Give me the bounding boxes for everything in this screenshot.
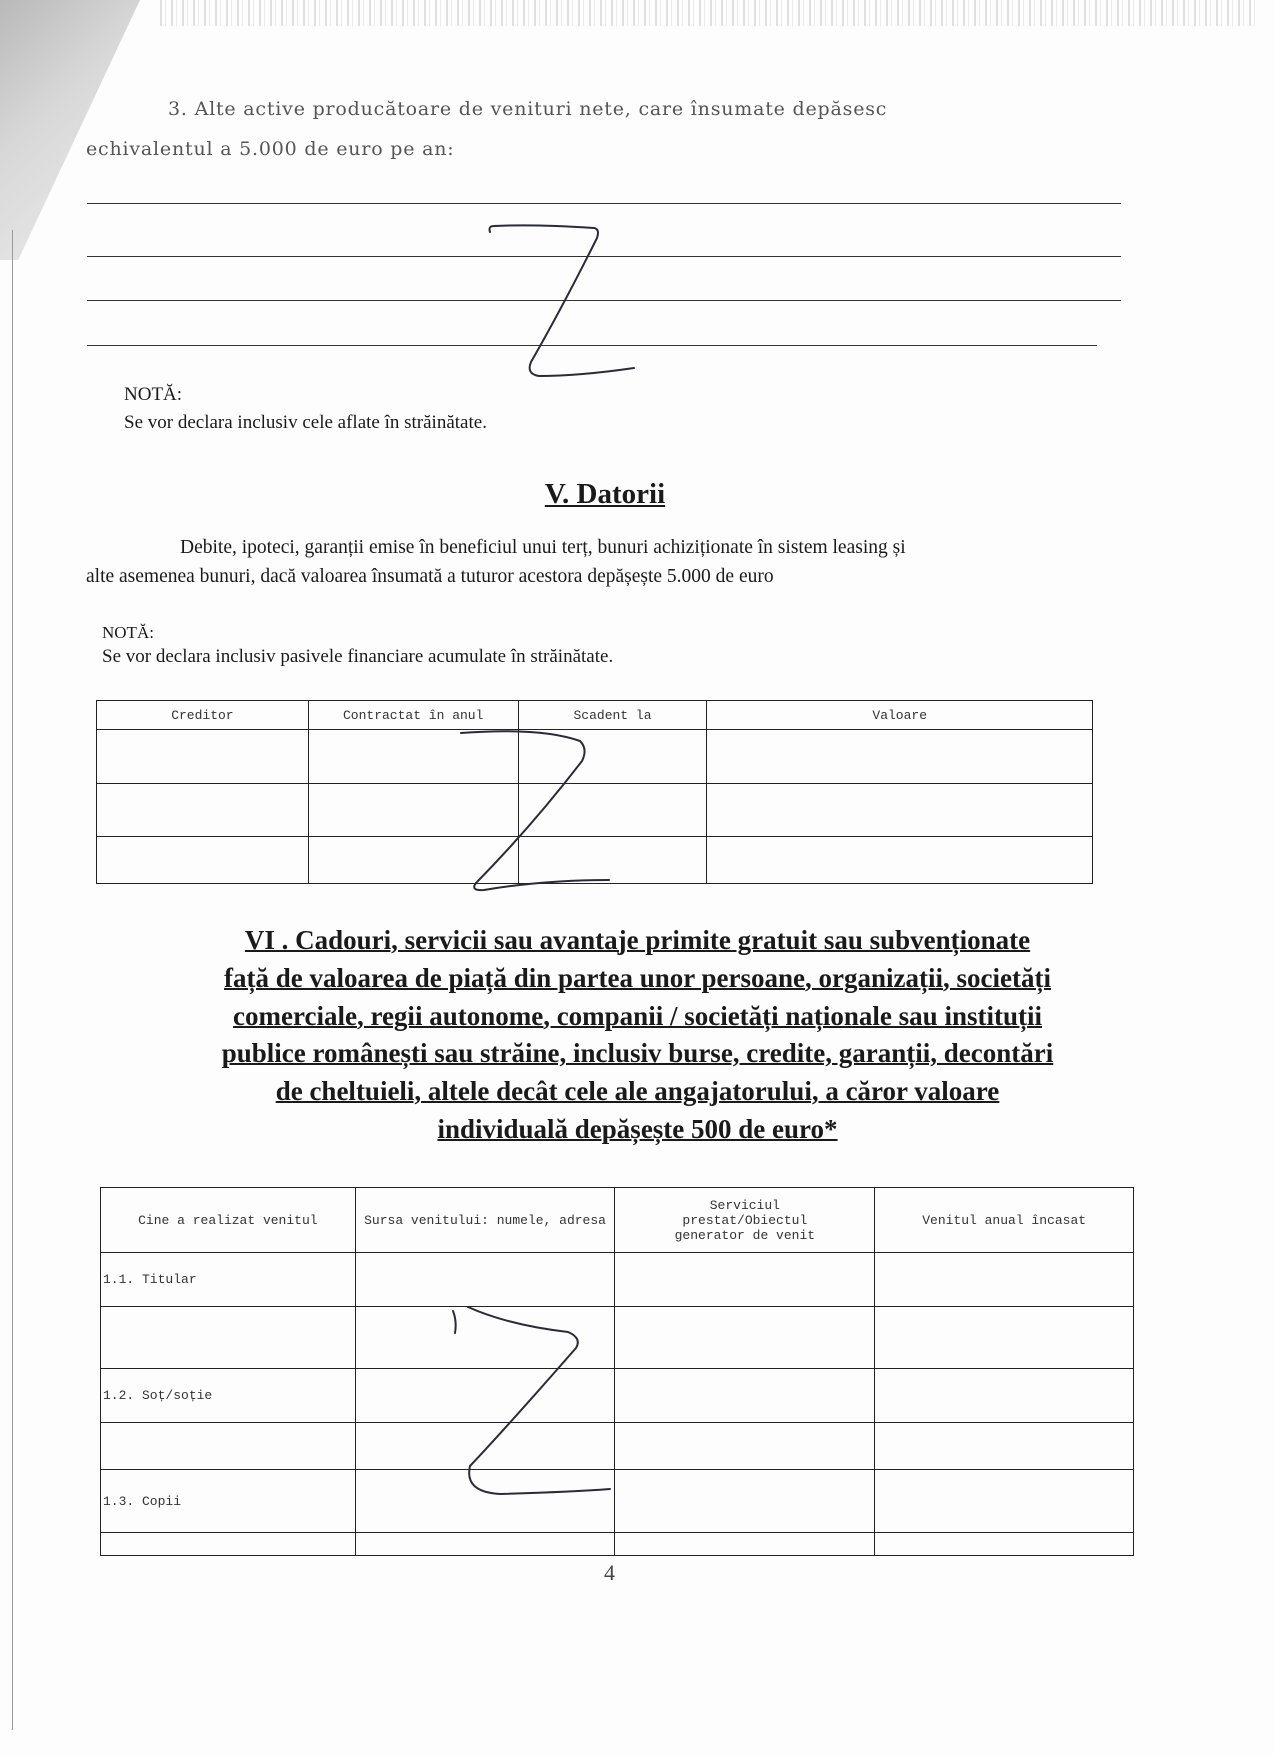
table-cell[interactable] bbox=[615, 1369, 875, 1423]
section-vi-title-line: publice românești sau străine, inclusiv … bbox=[222, 1038, 1053, 1068]
table-row: 1.2. Soț/soție bbox=[101, 1369, 1134, 1423]
section-vi-title-line: de cheltuieli, altele decât cele ale ang… bbox=[276, 1076, 1000, 1106]
table-cell[interactable] bbox=[518, 784, 707, 837]
table-cell[interactable] bbox=[308, 837, 518, 884]
table-cell[interactable] bbox=[308, 730, 518, 784]
table-cell[interactable] bbox=[615, 1533, 875, 1556]
table-cell[interactable] bbox=[308, 784, 518, 837]
table-cell[interactable] bbox=[355, 1253, 615, 1307]
table-cell[interactable] bbox=[355, 1369, 615, 1423]
blank-answer-line[interactable] bbox=[87, 345, 1097, 346]
table-cell[interactable] bbox=[615, 1307, 875, 1369]
table-row bbox=[97, 730, 1093, 784]
row-label-copii: 1.3. Copii bbox=[101, 1470, 356, 1533]
section-vi-title-line: comerciale, regii autonome, companii / s… bbox=[233, 1001, 1042, 1031]
section-v-description-line1: Debite, ipoteci, garanții emise în benef… bbox=[180, 537, 906, 559]
section-vi-title-line: față de valoarea de piață din partea uno… bbox=[224, 963, 1051, 993]
table-cell[interactable] bbox=[355, 1423, 615, 1470]
table-cell[interactable] bbox=[355, 1307, 615, 1369]
section-vi-title: VI . Cadouri, servicii sau avantaje prim… bbox=[0, 922, 1275, 1149]
scan-artifact-top bbox=[160, 0, 1255, 26]
table-row bbox=[97, 837, 1093, 884]
section-v-description-line2: alte asemenea bunuri, dacă valoarea însu… bbox=[86, 566, 774, 588]
table-cell[interactable] bbox=[97, 784, 309, 837]
column-header-valoare: Valoare bbox=[707, 701, 1093, 730]
table-cell[interactable] bbox=[875, 1533, 1134, 1556]
table-cell[interactable] bbox=[707, 837, 1093, 884]
table-cell[interactable] bbox=[707, 730, 1093, 784]
table-row bbox=[101, 1423, 1134, 1470]
table-cell[interactable] bbox=[97, 730, 309, 784]
item3-text-line1: 3. Alte active producătoare de venituri … bbox=[168, 98, 887, 120]
table-cell[interactable] bbox=[707, 784, 1093, 837]
table-cell[interactable] bbox=[101, 1533, 356, 1556]
item3-text-line2: echivalentul a 5.000 de euro pe an: bbox=[86, 138, 455, 160]
column-header-serviciul: Serviciul prestat/Obiectul generator de … bbox=[615, 1188, 875, 1253]
table-row bbox=[101, 1307, 1134, 1369]
section-vi-title-line: individuală depășește 500 de euro* bbox=[437, 1114, 837, 1144]
blank-answer-line[interactable] bbox=[87, 300, 1121, 301]
table-row bbox=[101, 1533, 1134, 1556]
table-cell[interactable] bbox=[875, 1423, 1134, 1470]
column-header-scadent: Scadent la bbox=[518, 701, 707, 730]
table-cell[interactable] bbox=[875, 1307, 1134, 1369]
table-row: 1.3. Copii bbox=[101, 1470, 1134, 1533]
table-cell[interactable] bbox=[97, 837, 309, 884]
table-cell[interactable] bbox=[518, 730, 707, 784]
table-row bbox=[97, 784, 1093, 837]
table-cell[interactable] bbox=[615, 1423, 875, 1470]
table-cell[interactable] bbox=[101, 1307, 356, 1369]
table-cell[interactable] bbox=[875, 1369, 1134, 1423]
table-cell[interactable] bbox=[875, 1253, 1134, 1307]
table-cell[interactable] bbox=[101, 1423, 356, 1470]
nota-label: NOTĂ: bbox=[124, 384, 182, 406]
row-label-sot-sotie: 1.2. Soț/soție bbox=[101, 1369, 356, 1423]
cadouri-table: Cine a realizat venitul Sursa venitului:… bbox=[100, 1187, 1134, 1556]
table-row: 1.1. Titular bbox=[101, 1253, 1134, 1307]
section-vi-title-line: VI . Cadouri, servicii sau avantaje prim… bbox=[245, 925, 1030, 955]
column-header-cine: Cine a realizat venitul bbox=[101, 1188, 356, 1253]
column-header-creditor: Creditor bbox=[97, 701, 309, 730]
section-v-title: V. Datorii bbox=[0, 478, 1210, 511]
table-cell[interactable] bbox=[355, 1533, 615, 1556]
nota-label: NOTĂ: bbox=[102, 623, 154, 643]
row-label-titular: 1.1. Titular bbox=[101, 1253, 356, 1307]
table-cell[interactable] bbox=[875, 1470, 1134, 1533]
table-cell[interactable] bbox=[355, 1470, 615, 1533]
table-header-row: Cine a realizat venitul Sursa venitului:… bbox=[101, 1188, 1134, 1253]
column-header-contractat: Contractat în anul bbox=[308, 701, 518, 730]
column-header-venitul: Venitul anual încasat bbox=[875, 1188, 1134, 1253]
nota-text: Se vor declara inclusiv cele aflate în s… bbox=[124, 412, 487, 434]
scanner-page-fold bbox=[0, 0, 140, 260]
table-cell[interactable] bbox=[615, 1253, 875, 1307]
table-header-row: Creditor Contractat în anul Scadent la V… bbox=[97, 701, 1093, 730]
table-cell[interactable] bbox=[518, 837, 707, 884]
column-header-sursa: Sursa venitului: numele, adresa bbox=[355, 1188, 615, 1253]
datorii-table: Creditor Contractat în anul Scadent la V… bbox=[96, 700, 1093, 884]
page-number: 4 bbox=[604, 1560, 615, 1586]
blank-answer-line[interactable] bbox=[87, 256, 1121, 257]
table-cell[interactable] bbox=[615, 1470, 875, 1533]
blank-answer-line[interactable] bbox=[87, 203, 1121, 204]
nota-text: Se vor declara inclusiv pasivele financi… bbox=[102, 646, 613, 668]
